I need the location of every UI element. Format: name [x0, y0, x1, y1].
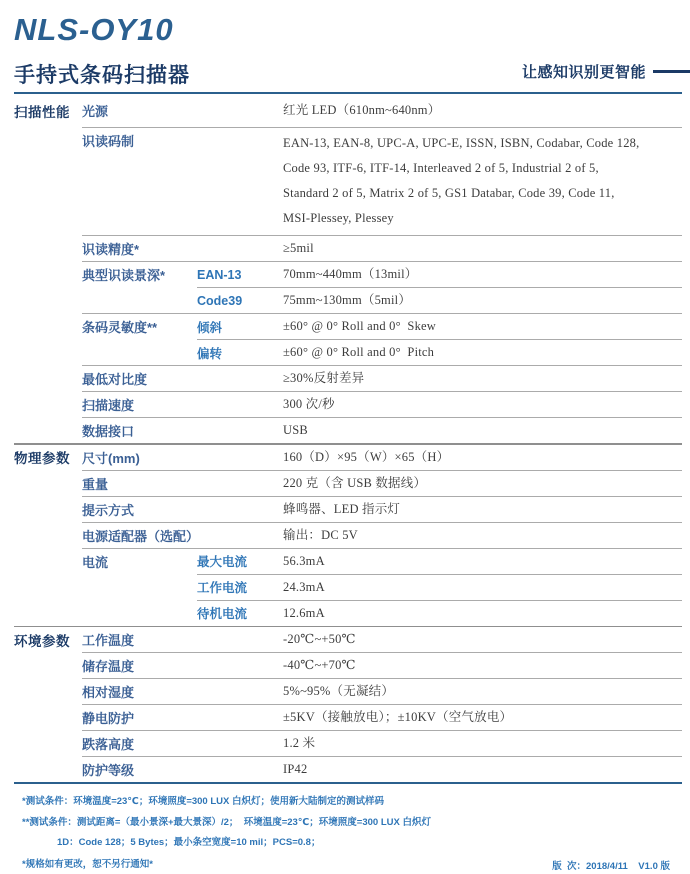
table-row: 待机电流12.6mA	[14, 601, 682, 626]
table-row: 静电防护±5KV（接触放电）；±10KV（空气放电）	[14, 705, 682, 730]
value-line: 5%~95%（无凝结）	[283, 679, 682, 704]
value-line: EAN-13, EAN-8, UPC-A, UPC-E, ISSN, ISBN,…	[283, 131, 682, 156]
param-value: 220 克（含 USB 数据线）	[283, 471, 682, 496]
table-row: 扫描性能光源红光 LED（610nm~640nm）	[14, 94, 682, 127]
value-line: 24.3mA	[283, 575, 682, 600]
param-label: 识读码制	[82, 131, 197, 150]
param-value: EAN-13, EAN-8, UPC-A, UPC-E, ISSN, ISBN,…	[283, 131, 682, 231]
footnote: *规格如有更改，恕不另行通知*	[22, 859, 153, 871]
value-line: Code 93, ITF-6, ITF-14, Interleaved 2 of…	[283, 156, 682, 181]
param-label: 光源	[82, 101, 197, 120]
value-line: ±5KV（接触放电）；±10KV（空气放电）	[283, 705, 682, 730]
table-row: 偏转±60° @ 0° Roll and 0° Pitch	[14, 340, 682, 365]
brand-tagline: 让感知识别更智能	[522, 61, 646, 82]
value-line: 12.6mA	[283, 601, 682, 626]
value-line: 输出：DC 5V	[283, 523, 682, 548]
value-line: 70mm~440mm（13mil）	[283, 262, 682, 287]
value-line: ±60° @ 0° Roll and 0° Pitch	[283, 340, 682, 365]
param-label: 相对湿度	[82, 682, 197, 701]
table-row: Code3975mm~130mm（5mil）	[14, 288, 682, 313]
value-line: ±60° @ 0° Roll and 0° Skew	[283, 314, 682, 339]
param-value: 1.2 米	[283, 731, 682, 756]
sub-param-label: 工作电流	[197, 578, 283, 596]
param-value: 5%~95%（无凝结）	[283, 679, 682, 704]
param-label: 储存温度	[82, 656, 197, 675]
value-line: 蜂鸣器、LED 指示灯	[283, 497, 682, 522]
value-line: 220 克（含 USB 数据线）	[283, 471, 682, 496]
value-line: USB	[283, 418, 682, 443]
section-label: 物理参数	[14, 447, 82, 467]
table-row: 数据接口USB	[14, 418, 682, 443]
param-value: USB	[283, 418, 682, 443]
table-row: 条码灵敏度**倾斜±60° @ 0° Roll and 0° Skew	[14, 314, 682, 339]
param-value: 12.6mA	[283, 601, 682, 626]
param-value: 160（D）×95（W）×65（H）	[283, 445, 682, 470]
param-label: 跌落高度	[82, 734, 197, 753]
table-row: 工作电流24.3mA	[14, 575, 682, 600]
table-row: 储存温度-40℃~+70℃	[14, 653, 682, 678]
param-value: 红光 LED（610nm~640nm）	[283, 98, 682, 123]
value-line: 75mm~130mm（5mil）	[283, 288, 682, 313]
section-label: 扫描性能	[14, 101, 82, 121]
param-value: 56.3mA	[283, 549, 682, 574]
param-label: 静电防护	[82, 708, 197, 727]
param-value: 300 次/秒	[283, 392, 682, 417]
table-row: 重量220 克（含 USB 数据线）	[14, 471, 682, 496]
sub-param-label: 最大电流	[197, 552, 283, 570]
sub-param-label: 倾斜	[197, 318, 283, 336]
product-model-title: NLS-OY10	[14, 12, 690, 48]
value-line: 160（D）×95（W）×65（H）	[283, 445, 682, 470]
footnote: *测试条件：环境温度=23℃；环境照度=300 LUX 白炽灯；使用新大陆制定的…	[22, 796, 670, 808]
table-row: 提示方式蜂鸣器、LED 指示灯	[14, 497, 682, 522]
sub-param-label: EAN-13	[197, 268, 283, 282]
param-value: 70mm~440mm（13mil）	[283, 262, 682, 287]
param-value: -20℃~+50℃	[283, 627, 682, 652]
table-row: 跌落高度1.2 米	[14, 731, 682, 756]
param-label: 条码灵敏度**	[82, 317, 197, 336]
param-label: 提示方式	[82, 500, 197, 519]
table-row: 环境参数工作温度-20℃~+50℃	[14, 627, 682, 652]
table-row: 识读精度*≥5mil	[14, 236, 682, 261]
param-label: 尺寸(mm)	[82, 448, 197, 467]
param-label: 工作温度	[82, 630, 197, 649]
version-info: 版 次：2018/4/11 V1.0 版	[552, 858, 670, 872]
table-row: 电流最大电流56.3mA	[14, 549, 682, 574]
param-value: 75mm~130mm（5mil）	[283, 288, 682, 313]
value-line: 红光 LED（610nm~640nm）	[283, 98, 682, 123]
table-row: 识读码制EAN-13, EAN-8, UPC-A, UPC-E, ISSN, I…	[14, 128, 682, 235]
footnotes: *测试条件：环境温度=23℃；环境照度=300 LUX 白炽灯；使用新大陆制定的…	[22, 796, 670, 872]
param-label: 典型识读景深*	[82, 265, 197, 284]
param-value: ≥30%反射差异	[283, 366, 682, 391]
param-label: 最低对比度	[82, 369, 197, 388]
table-row: 典型识读景深*EAN-1370mm~440mm（13mil）	[14, 262, 682, 287]
value-line: MSI-Plessey, Plessey	[283, 206, 682, 231]
value-line: Standard 2 of 5, Matrix 2 of 5, GS1 Data…	[283, 181, 682, 206]
param-label: 扫描速度	[82, 395, 197, 414]
param-label: 防护等级	[82, 760, 197, 779]
footnote: 1D：Code 128；5 Bytes；最小条空宽度=10 mil；PCS=0.…	[57, 837, 670, 849]
table-row: 扫描速度300 次/秒	[14, 392, 682, 417]
value-line: 56.3mA	[283, 549, 682, 574]
param-value: IP42	[283, 757, 682, 782]
brand-tagline-wrap: 让感知识别更智能	[522, 61, 690, 82]
param-value: ≥5mil	[283, 236, 682, 261]
param-value: 输出：DC 5V	[283, 523, 682, 548]
value-line: 300 次/秒	[283, 392, 682, 417]
table-row: 电源适配器（选配）输出：DC 5V	[14, 523, 682, 548]
tagline-dash-rule	[653, 70, 690, 73]
sub-param-label: 待机电流	[197, 604, 283, 622]
value-line: ≥5mil	[283, 236, 682, 261]
value-line: -40℃~+70℃	[283, 653, 682, 678]
param-label: 电流	[82, 552, 197, 571]
footer-last-line: *规格如有更改，恕不另行通知* 版 次：2018/4/11 V1.0 版	[22, 858, 670, 872]
param-label: 识读精度*	[82, 239, 197, 258]
param-value: ±60° @ 0° Roll and 0° Skew	[283, 314, 682, 339]
sub-param-label: 偏转	[197, 344, 283, 362]
param-label: 电源适配器（选配）	[82, 526, 197, 545]
param-value: ±5KV（接触放电）；±10KV（空气放电）	[283, 705, 682, 730]
value-line: 1.2 米	[283, 731, 682, 756]
value-line: ≥30%反射差异	[283, 366, 682, 391]
sub-param-label: Code39	[197, 294, 283, 308]
table-row: 防护等级IP42	[14, 757, 682, 782]
page-header: NLS-OY10 手持式条码扫描器 让感知识别更智能	[0, 0, 690, 92]
value-line: -20℃~+50℃	[283, 627, 682, 652]
param-label: 数据接口	[82, 421, 197, 440]
table-row: 相对湿度5%~95%（无凝结）	[14, 679, 682, 704]
param-label: 重量	[82, 474, 197, 493]
param-value: ±60° @ 0° Roll and 0° Pitch	[283, 340, 682, 365]
section-label: 环境参数	[14, 630, 82, 650]
footnote: **测试条件：测试距离=（最小景深+最大景深）/2； 环境温度=23℃；环境照度…	[22, 817, 670, 829]
spec-table: 扫描性能光源红光 LED（610nm~640nm）识读码制EAN-13, EAN…	[14, 92, 682, 784]
table-row: 物理参数尺寸(mm)160（D）×95（W）×65（H）	[14, 445, 682, 470]
param-value: -40℃~+70℃	[283, 653, 682, 678]
param-value: 蜂鸣器、LED 指示灯	[283, 497, 682, 522]
value-line: IP42	[283, 757, 682, 782]
param-value: 24.3mA	[283, 575, 682, 600]
table-row: 最低对比度≥30%反射差异	[14, 366, 682, 391]
